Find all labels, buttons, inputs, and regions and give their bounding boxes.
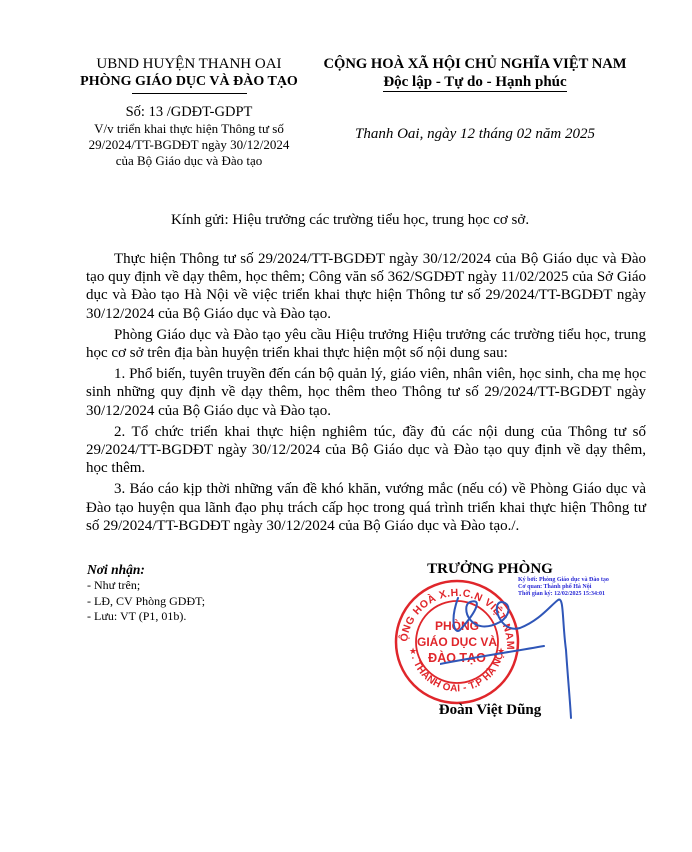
body-paragraph: 2. Tổ chức triển khai thực hiện nghiêm t… (86, 423, 646, 478)
country-name: CỘNG HOÀ XÃ HỘI CHỦ NGHĨA VIỆT NAM (310, 55, 640, 73)
national-header: CỘNG HOÀ XÃ HỘI CHỦ NGHĨA VIỆT NAM Độc l… (310, 55, 640, 143)
recipient-item: - LĐ, CV Phòng GDĐT; (87, 594, 337, 610)
signer-name: Đoàn Việt Dũng (390, 702, 590, 719)
body-paragraph: Thực hiện Thông tư số 29/2024/TT-BGDĐT n… (86, 250, 646, 323)
body-paragraph: Phòng Giáo dục và Đào tạo yêu cầu Hiệu t… (86, 326, 646, 362)
subject-line: của Bộ Giáo dục và Đào tạo (60, 153, 318, 169)
recipient-item: - Như trên; (87, 578, 337, 594)
digital-signature-info: Ký bởi: Phòng Giáo dục và Đào tạo Cơ qua… (518, 577, 648, 598)
esign-line: Ký bởi: Phòng Giáo dục và Đào tạo (518, 577, 648, 584)
recipients-title: Nơi nhận: (87, 561, 337, 578)
header-underline (132, 93, 247, 94)
recipient-item: - Lưu: VT (P1, 01b). (87, 609, 337, 625)
recipient-line: Kính gửi: Hiệu trưởng các trường tiểu họ… (60, 212, 640, 229)
place-date: Thanh Oai, ngày 12 tháng 02 năm 2025 (310, 125, 640, 143)
esign-line: Cơ quan: Thành phố Hà Nội (518, 584, 648, 591)
agency-name: UBND HUYỆN THANH OAI (60, 55, 318, 73)
doc-number-prefix: Số: (126, 104, 145, 120)
recipients-block: Nơi nhận: - Như trên; - LĐ, CV Phòng GDĐ… (87, 561, 337, 625)
department-name: PHÒNG GIÁO DỤC VÀ ĐÀO TẠO (60, 73, 318, 91)
signer-title: TRƯỞNG PHÒNG (390, 561, 590, 578)
body-paragraph: 1. Phổ biến, tuyên truyền đến cán bộ quả… (86, 365, 646, 420)
doc-number-suffix: /GDĐT-GDPT (167, 104, 253, 120)
document-body: Thực hiện Thông tư số 29/2024/TT-BGDĐT n… (86, 250, 646, 538)
doc-number-value: 13 (149, 104, 164, 120)
national-motto: Độc lập - Tự do - Hạnh phúc (310, 73, 640, 91)
subject-line: V/v triển khai thực hiện Thông tư số (60, 121, 318, 137)
esign-line: Thời gian ký: 12/02/2025 15:34:01 (518, 591, 648, 598)
subject-line: 29/2024/TT-BGDĐT ngày 30/12/2024 (60, 137, 318, 153)
issuing-agency-header: UBND HUYỆN THANH OAI PHÒNG GIÁO DỤC VÀ Đ… (60, 55, 318, 169)
body-paragraph: 3. Báo cáo kịp thời những vấn đề khó khă… (86, 480, 646, 535)
document-number: Số: 13 /GDĐT-GDPT (60, 103, 318, 121)
motto-text: Độc lập - Tự do - Hạnh phúc (383, 74, 566, 92)
svg-text:★: ★ (409, 647, 417, 657)
